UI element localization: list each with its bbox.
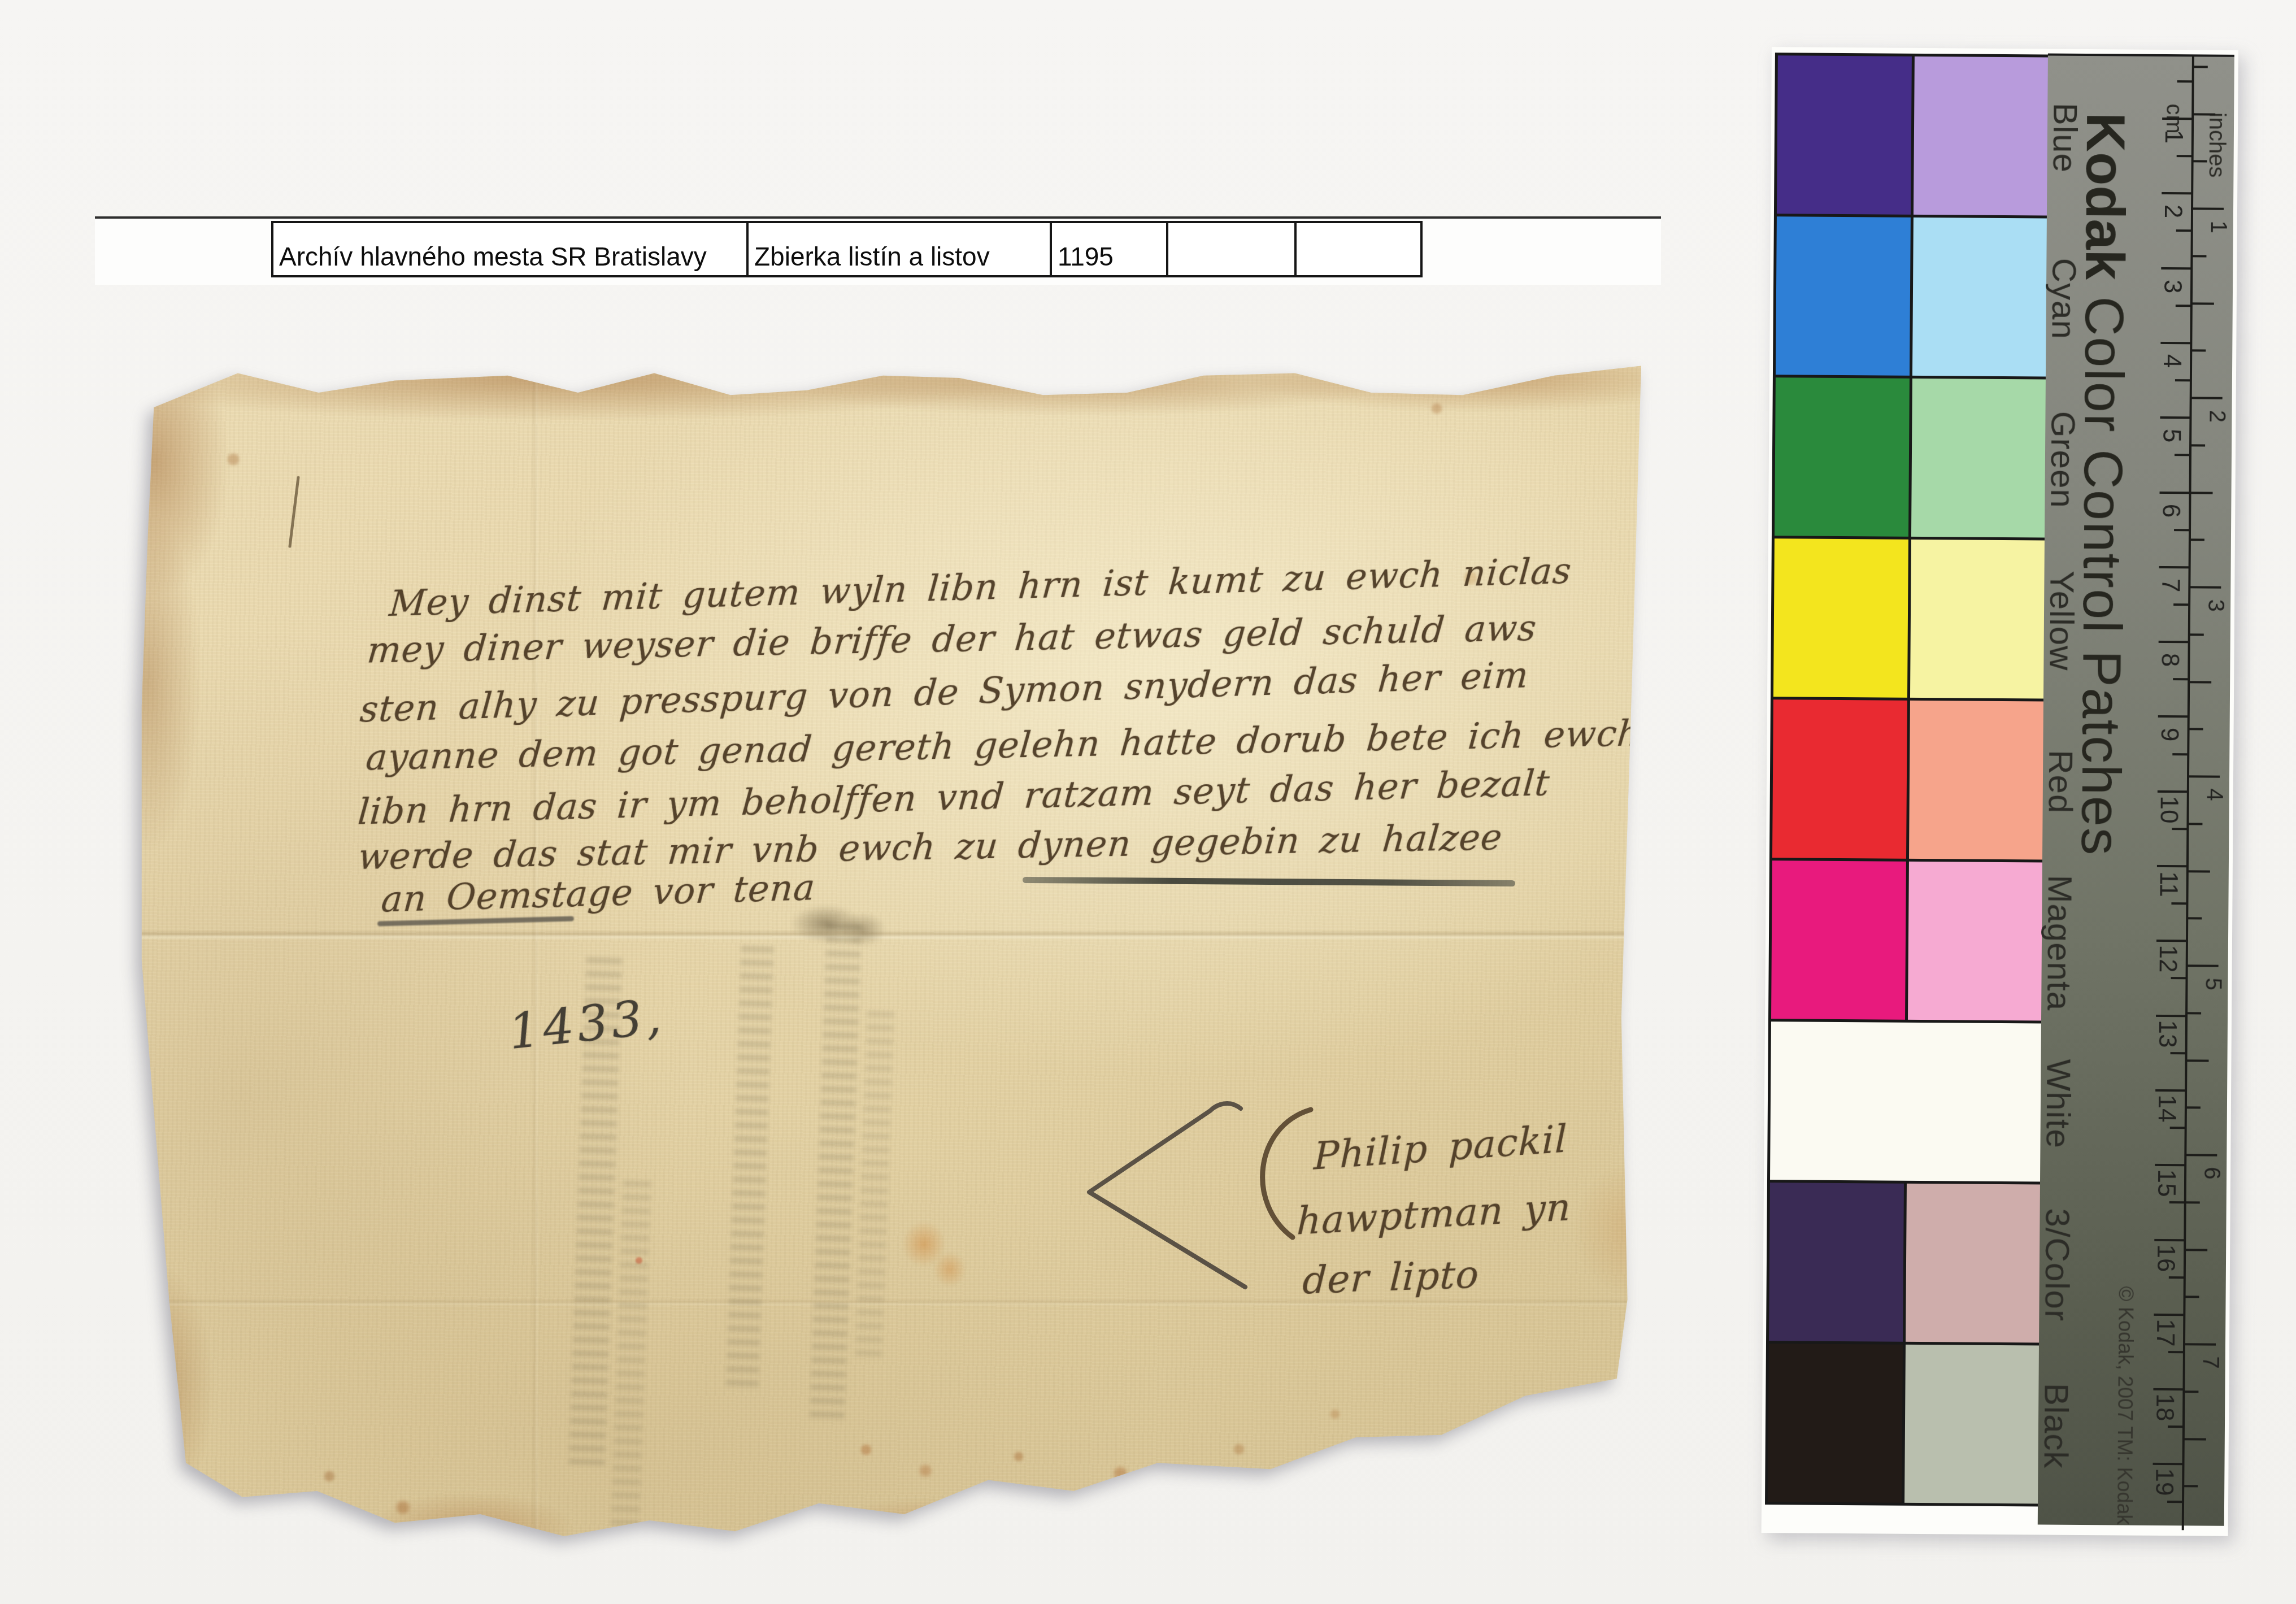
ruler-number: 9	[2155, 728, 2183, 742]
patch-name-label: Blue	[2045, 102, 2085, 173]
patch-row-3-color	[1769, 1183, 2040, 1345]
patch-name-label: White	[2038, 1059, 2078, 1149]
patch-row-white	[1770, 1021, 2041, 1184]
ruler-tick	[2188, 918, 2202, 920]
ruler-ticks: 123456789101112131415161718191234567	[1772, 47, 2238, 50]
ruler-number: 7	[2197, 1356, 2223, 1369]
ruler-tick	[2159, 566, 2189, 568]
ruler-tick	[2191, 539, 2204, 541]
patch-name-label: 3/Color	[2037, 1208, 2077, 1322]
ruler-number: 16	[2151, 1244, 2180, 1272]
ink-underline	[1023, 877, 1515, 886]
patch-tint	[1911, 379, 2045, 538]
ruler-tick	[2189, 823, 2202, 825]
patch-saturated	[1771, 860, 1908, 1020]
patch-full	[1770, 1021, 2041, 1181]
ruler-number: 6	[2156, 503, 2185, 518]
ruler-number: 2	[2204, 410, 2229, 423]
show-through-writing	[855, 1011, 894, 1362]
archival-date-note: 1433,	[506, 992, 667, 1057]
show-through-writing	[611, 1180, 651, 1531]
ruler-tick	[2173, 678, 2188, 680]
ruler-tick	[2154, 1314, 2183, 1316]
ruler-tick	[2171, 1052, 2185, 1054]
ruler-number: 13	[2153, 1020, 2181, 1047]
ruler-tick	[2189, 870, 2210, 872]
archive-label-table: Archív hlavného mesta SR Bratislavy Zbie…	[271, 221, 1423, 277]
archive-label-strip: Archív hlavného mesta SR Bratislavy Zbie…	[95, 216, 1661, 285]
ruler-tick	[2157, 865, 2186, 867]
ruler-tick	[2193, 302, 2214, 305]
manuscript-document: Mey dinst mit gutem wyln libn hrn ist ku…	[136, 339, 1661, 1559]
ruler-tick	[2187, 1107, 2201, 1109]
ruler-tick	[2160, 416, 2189, 419]
ruler-number: 2	[2159, 205, 2187, 219]
ruler-tick	[2185, 1438, 2206, 1440]
kodak-color-control-card: Kodak Color Control Patches © Kodak, 200…	[1762, 47, 2238, 1536]
kodak-copyright: © Kodak, 2007 TM: Kodak	[2112, 1286, 2138, 1524]
signature-line: der lipto	[1302, 1256, 1480, 1300]
ruler-tick	[2172, 753, 2187, 755]
ruler-tick	[2184, 1485, 2198, 1488]
show-through-writing	[810, 923, 862, 1422]
ruler-tick	[2177, 155, 2191, 157]
horizontal-fold-crease	[136, 930, 1661, 940]
ruler-number: 7	[2156, 578, 2184, 592]
archive-number-cell: 1195	[1052, 221, 1168, 277]
ruler-number: 6	[2199, 1167, 2224, 1180]
ruler-number: 18	[2150, 1393, 2178, 1421]
paraph-mark	[1078, 1101, 1253, 1293]
ruler-tick	[2192, 350, 2206, 352]
ruler-number: 14	[2152, 1094, 2181, 1122]
ruler-tick	[2190, 586, 2221, 588]
patch-name-label: Cyan	[2044, 258, 2084, 340]
ruler-tick	[2175, 454, 2189, 456]
ruler-tick	[2158, 715, 2188, 718]
ruler-tick	[2155, 1089, 2185, 1092]
ruler-tick	[2171, 977, 2186, 980]
ruler-tick	[2162, 192, 2191, 194]
rust-spots	[136, 339, 139, 342]
ruler-tick	[2186, 1296, 2199, 1298]
ruler-tick	[2153, 1463, 2182, 1465]
kodak-patch-grid	[1765, 53, 2051, 1506]
patch-tint	[1907, 862, 2042, 1021]
ruler-tick	[2160, 342, 2190, 344]
ruler-number: 5	[2200, 977, 2225, 990]
patch-name-label: Yellow	[2042, 571, 2081, 671]
ruler-tick	[2175, 379, 2190, 381]
ruler-number: 17	[2151, 1319, 2179, 1346]
ruler-tick	[2185, 1343, 2216, 1345]
archive-empty-cell	[1168, 221, 1297, 277]
ruler-tick	[2154, 1238, 2184, 1241]
ruler-tick	[2167, 1501, 2182, 1503]
manuscript-line: an Oemstage vor tena	[380, 870, 817, 917]
ruler-number: 1	[2159, 130, 2188, 144]
ruler-number: 10	[2154, 796, 2182, 823]
patch-saturated	[1776, 216, 1913, 376]
patch-name-label: Green	[2043, 411, 2082, 508]
ruler-tick	[2194, 66, 2208, 68]
ruler-tick	[2191, 492, 2213, 494]
ruler-tick	[2188, 1012, 2201, 1014]
ruler-tick	[2187, 1059, 2208, 1062]
show-through-writing	[725, 946, 774, 1393]
archive-repository-cell: Archív hlavného mesta SR Bratislavy	[271, 221, 749, 277]
archive-collection-cell: Zbierka listín a listov	[749, 221, 1052, 277]
patch-saturated	[1775, 377, 1912, 537]
ruler-inches-label: inches	[2203, 112, 2229, 178]
ruler-tick	[2194, 113, 2215, 115]
patch-tint	[1910, 540, 2044, 699]
ruler-tick	[2190, 681, 2211, 683]
ruler-tick	[2188, 964, 2219, 967]
ruler-number: 1	[2205, 220, 2230, 233]
ruler-tick	[2168, 1351, 2183, 1353]
ruler-tick	[2176, 230, 2191, 232]
patch-tint	[1908, 701, 2043, 860]
ruler-tick	[2190, 728, 2203, 731]
patch-row-black	[1768, 1344, 2039, 1503]
ruler-tick	[2169, 1276, 2184, 1279]
ruler-tick	[2159, 641, 2188, 643]
parchment-slit-mark	[288, 476, 300, 548]
ruler-tick	[2190, 633, 2204, 636]
ruler-tick	[2172, 828, 2186, 830]
ruler-tick	[2161, 267, 2190, 269]
ruler-number: 4	[2201, 788, 2227, 801]
ruler-tick	[2171, 902, 2186, 905]
patch-saturated	[1773, 538, 1911, 698]
ruler-tick	[2156, 940, 2186, 942]
ruler-tick	[2156, 1014, 2185, 1016]
patch-saturated	[1769, 1183, 1906, 1342]
ruler-tick	[2185, 1390, 2198, 1393]
vertical-fold-crease	[531, 339, 539, 1559]
patch-tint	[1904, 1345, 2039, 1504]
patch-saturated	[1772, 699, 1910, 859]
ruler-tick	[2174, 529, 2189, 531]
ruler-tick	[2189, 775, 2220, 777]
archive-empty-cell	[1297, 221, 1423, 277]
ruler-number: 5	[2157, 429, 2185, 443]
ruler-tick	[2153, 1388, 2182, 1390]
patch-row-magenta	[1771, 860, 2042, 1023]
ruler-number: 19	[2150, 1468, 2178, 1496]
patch-row-blue	[1777, 55, 2048, 218]
ruler-number: 8	[2155, 653, 2184, 667]
ruler-tick	[2177, 80, 2192, 82]
ruler-tick	[2193, 255, 2206, 257]
ruler-tick	[2168, 1425, 2182, 1428]
patch-row-green	[1775, 377, 2046, 540]
rust-stain	[898, 1220, 972, 1288]
ruler-tick	[2191, 444, 2205, 446]
ruler-tick	[2158, 790, 2187, 793]
patch-row-red	[1772, 699, 2043, 862]
horizontal-fold-crease	[136, 1298, 1661, 1306]
patch-row-cyan	[1776, 216, 2047, 379]
patch-saturated	[1768, 1344, 1905, 1503]
ruler-tick	[2160, 491, 2189, 493]
ruler-tick	[2186, 1154, 2217, 1156]
ruler-tick	[2193, 207, 2224, 210]
ruler-tick	[2186, 1249, 2207, 1251]
ruler-tick	[2155, 1164, 2184, 1166]
ruler-tick	[2192, 397, 2223, 399]
patch-tint	[1912, 218, 2046, 377]
patch-name-label: Black	[2036, 1383, 2076, 1469]
patch-name-label: Red	[2041, 750, 2080, 814]
signature-line: Philip packil	[1314, 1120, 1568, 1175]
patch-saturated	[1777, 55, 1914, 215]
ruler-number: 12	[2154, 945, 2182, 973]
ruler-number: 11	[2154, 871, 2182, 897]
ruler-tick	[2170, 1127, 2185, 1129]
manuscript-document-wrapper: Mey dinst mit gutem wyln libn hrn ist ku…	[136, 339, 1661, 1559]
ruler-tick	[2173, 603, 2188, 606]
parchment-edge-staining	[136, 339, 1661, 1559]
ruler-tick	[2176, 305, 2190, 307]
ruler-tick	[2186, 1201, 2200, 1203]
signature-line: hawptman yn	[1296, 1188, 1572, 1240]
patch-tint	[1913, 56, 2047, 216]
patch-name-label: Magenta	[2040, 875, 2080, 1011]
ruler-tick	[2162, 118, 2191, 120]
patch-tint	[1906, 1184, 2040, 1343]
patch-row-yellow	[1773, 538, 2045, 701]
ruler-number: 3	[2203, 599, 2228, 612]
ruler-number: 3	[2158, 279, 2186, 293]
ruler-number: 15	[2152, 1170, 2180, 1197]
ruler-tick	[2194, 160, 2207, 163]
ruler-number: 4	[2158, 354, 2186, 368]
ruler-tick	[2169, 1201, 2184, 1203]
